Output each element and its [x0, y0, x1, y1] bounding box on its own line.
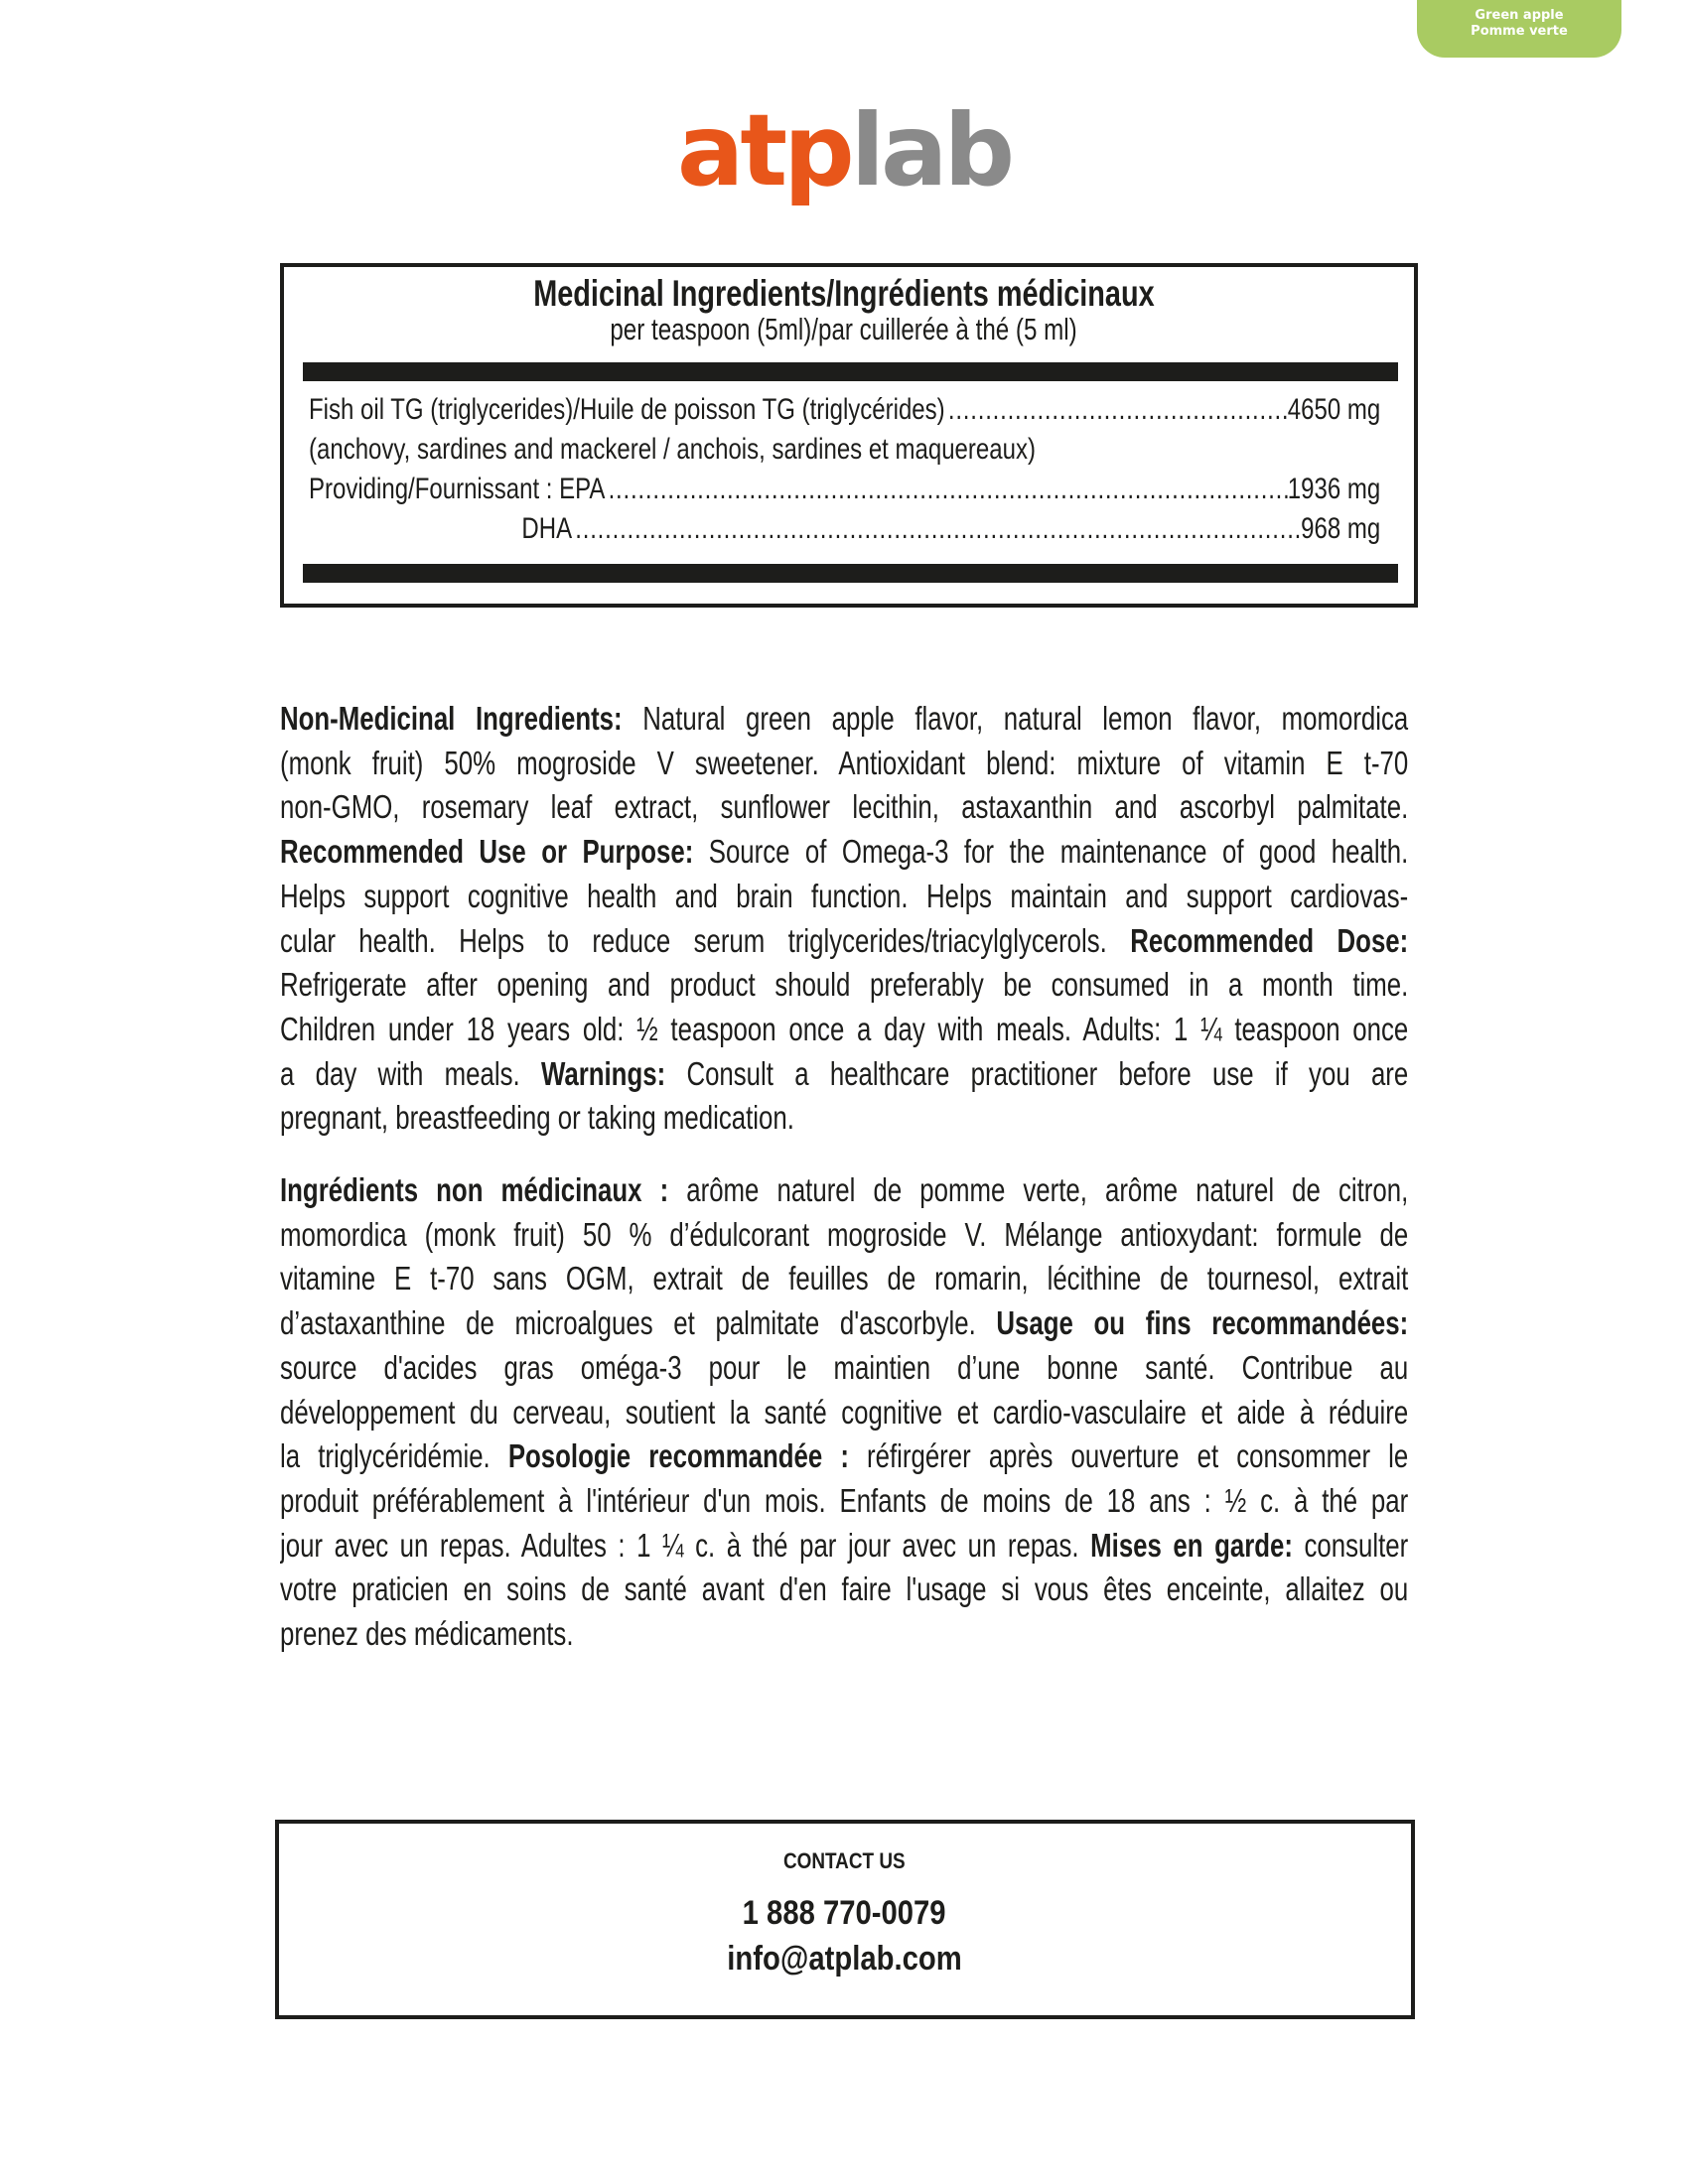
text-line: momordica (monk fruit) 50 % d’édulcorant… [280, 1213, 1408, 1257]
text-line: développement du cerveau, soutient la sa… [280, 1391, 1408, 1434]
leader-dots [945, 391, 1288, 429]
text-line: Refrigerate after opening and product sh… [280, 963, 1408, 1007]
logo-part-lab: lab [851, 92, 1011, 208]
text-line: prenez des médicaments. [280, 1612, 1408, 1656]
text-line: source d'acides gras oméga-3 pour le mai… [280, 1346, 1408, 1390]
text-line: Recommended Use or Purpose: Source of Om… [280, 830, 1408, 874]
section-heading: Posologie recommandée : [508, 1437, 849, 1474]
text-line: votre praticien en soins de santé avant … [280, 1568, 1408, 1611]
text-line: Children under 18 years old: ½ teaspoon … [280, 1008, 1408, 1051]
text-line: Helps support cognitive health and brain… [280, 875, 1408, 918]
text-line: produit préférablement à l'intérieur d'u… [280, 1479, 1408, 1523]
text-line: pregnant, breastfeeding or taking medica… [280, 1096, 1408, 1140]
leader-dots [572, 510, 1301, 548]
ingredient-row: Providing/Fournissant : EPA1936 mg [309, 471, 1380, 508]
divider-bar-bottom [303, 564, 1398, 583]
text-line: Non-Medicinal Ingredients: Natural green… [280, 697, 1408, 741]
ingredient-source-row: (anchovy, sardines and mackerel / anchoi… [309, 431, 1380, 469]
logo-part-atp: atp [677, 92, 851, 208]
leader-dots [605, 471, 1287, 508]
text-line: d’astaxanthine de microalgues et palmita… [280, 1301, 1408, 1345]
divider-bar-top [303, 362, 1398, 381]
contact-email: info@atplab.com [0, 1936, 1688, 1981]
text-line: (monk fruit) 50% mogroside V sweetener. … [280, 742, 1408, 785]
ingredient-row: DHA968 mg [309, 510, 1380, 548]
atplab-logo: atplab [0, 91, 1688, 210]
contact-heading: CONTACT US [0, 1846, 1688, 1876]
ingredient-row: Fish oil TG (triglycerides)/Huile de poi… [309, 391, 1380, 429]
section-heading: Recommended Use or Purpose: [280, 833, 693, 870]
text-line: non-GMO, rosemary leaf extract, sunflowe… [280, 785, 1408, 829]
flavor-tab: Green apple Pomme verte [1417, 0, 1621, 58]
section-heading: Usage ou fins recommandées: [996, 1304, 1408, 1341]
flavor-english: Green apple [1417, 8, 1621, 24]
contact-phone: 1 888 770-0079 [0, 1892, 1688, 1934]
section-heading: Mises en garde: [1090, 1527, 1293, 1564]
text-line: cular health. Helps to reduce serum trig… [280, 919, 1408, 963]
text-line: a day with meals. Warnings: Consult a he… [280, 1052, 1408, 1096]
section-heading: Non-Medicinal Ingredients: [280, 700, 623, 737]
section-heading: Ingrédients non médicinaux : [280, 1171, 668, 1208]
text-line: la triglycéridémie. Posologie recommandé… [280, 1434, 1408, 1478]
medicinal-title: Medicinal Ingredients/Ingrédients médici… [0, 272, 1688, 316]
section-heading: Warnings: [541, 1055, 665, 1092]
flavor-french: Pomme verte [1417, 24, 1621, 40]
medicinal-subtitle: per teaspoon (5ml)/par cuillerée à thé (… [0, 312, 1688, 347]
text-line: Ingrédients non médicinaux : arôme natur… [280, 1168, 1408, 1212]
section-heading: Recommended Dose: [1130, 922, 1408, 959]
text-line: jour avec un repas. Adultes : 1 ¼ c. à t… [280, 1524, 1408, 1568]
text-line: vitamine E t-70 sans OGM, extrait de feu… [280, 1257, 1408, 1300]
